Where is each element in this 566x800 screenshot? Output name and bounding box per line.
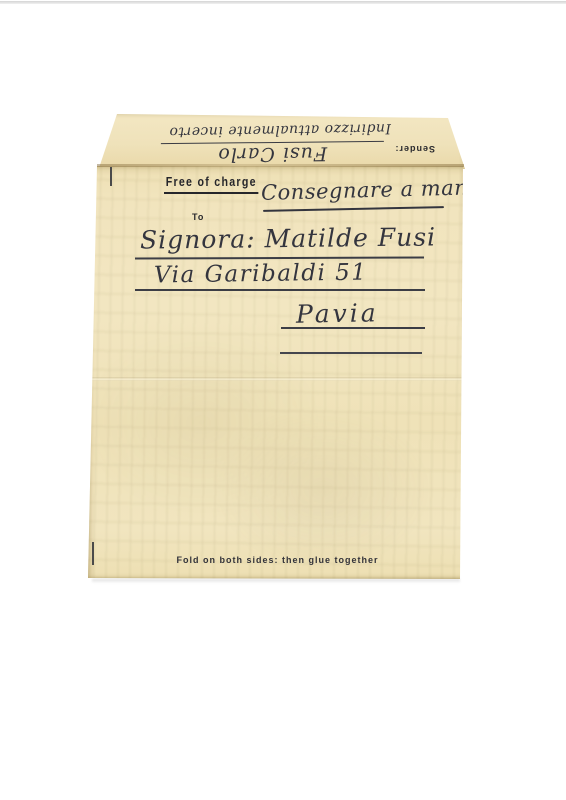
sender-row: Sender: Fusi Carlo xyxy=(161,142,435,165)
sender-name-rule: Fusi Carlo xyxy=(161,141,385,166)
address-rule-2 xyxy=(135,289,425,291)
sender-name-handwriting: Fusi Carlo xyxy=(218,142,328,165)
horizontal-fold-crease xyxy=(88,377,467,381)
left-edge-mark-top xyxy=(110,167,112,186)
fold-crease-line xyxy=(97,164,464,167)
address-line-1-handwriting: Signora: Matilde Fusi xyxy=(140,222,436,254)
sheet-bottom-shadow xyxy=(92,579,460,583)
free-of-charge-label: Free of charge xyxy=(164,175,258,194)
sender-flap-content: Sender: Fusi Carlo Indirizzo attualmente… xyxy=(101,116,463,168)
scanner-edge-artifact xyxy=(0,1,566,4)
address-rule-3 xyxy=(281,327,425,329)
scanned-document-page: Sender: Fusi Carlo Indirizzo attualmente… xyxy=(0,0,566,800)
address-line-2-handwriting: Via Garibaldi 51 xyxy=(154,260,368,289)
address-line-3-handwriting: Pavia xyxy=(296,298,379,328)
fold-instruction-label: Fold on both sides: then glue together xyxy=(88,555,467,565)
sender-address-note-handwriting: Indirizzo attualmente incerto xyxy=(169,120,391,140)
to-label: To xyxy=(192,212,204,222)
sender-flap: Sender: Fusi Carlo Indirizzo attualmente… xyxy=(88,112,467,170)
sender-label: Sender: xyxy=(394,142,435,154)
address-rule-4-empty xyxy=(280,352,422,354)
aerogramme-sheet: Sender: Fusi Carlo Indirizzo attualmente… xyxy=(88,112,467,580)
address-panel: Free of charge Consegnare a mano To Sign… xyxy=(88,165,467,580)
